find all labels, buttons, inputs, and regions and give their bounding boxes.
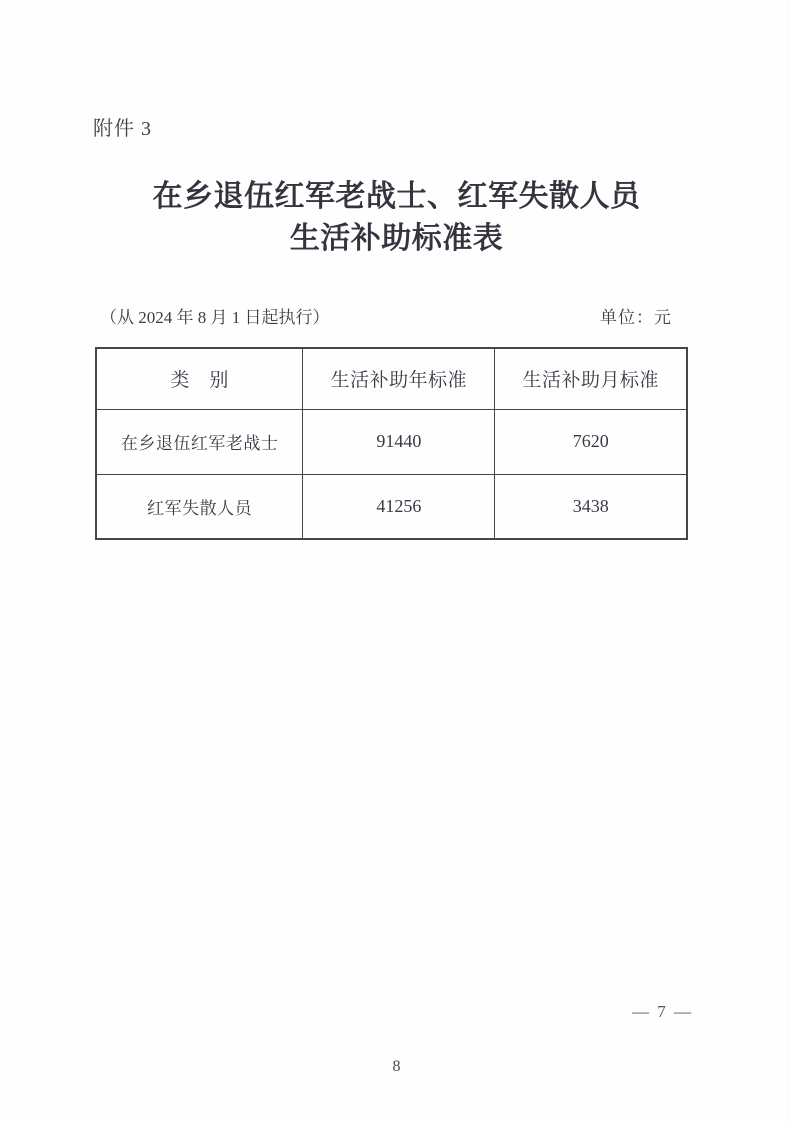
document-title-line1: 在乡退伍红军老战士、红军失散人员 — [0, 176, 793, 218]
subsidy-standard-table: 类 别 生活补助年标准 生活补助月标准 在乡退伍红军老战士 91440 7620… — [95, 347, 688, 540]
table-row: 在乡退伍红军老战士 91440 7620 — [96, 409, 687, 474]
cell-annual-standard: 41256 — [303, 474, 495, 539]
cell-category: 红军失散人员 — [96, 474, 303, 539]
meta-row: （从 2024 年 8 月 1 日起执行） 单位：元 — [100, 303, 672, 328]
scanned-document-page: 附件 3 在乡退伍红军老战士、红军失散人员 生活补助标准表 （从 2024 年 … — [0, 0, 793, 1122]
cell-monthly-standard: 7620 — [495, 409, 687, 474]
column-header-category: 类 别 — [96, 348, 303, 409]
cell-monthly-standard: 3438 — [495, 474, 687, 539]
cell-category: 在乡退伍红军老战士 — [96, 409, 303, 474]
cell-annual-standard: 91440 — [303, 409, 495, 474]
table-header-row: 类 别 生活补助年标准 生活补助月标准 — [96, 348, 687, 409]
document-title: 在乡退伍红军老战士、红军失散人员 生活补助标准表 — [0, 176, 793, 260]
column-header-monthly-standard: 生活补助月标准 — [495, 348, 687, 409]
footer-page-number: — 7 — — [632, 1002, 693, 1022]
unit-label: 单位：元 — [600, 303, 672, 328]
column-header-annual-standard: 生活补助年标准 — [303, 348, 495, 409]
effective-date-note: （从 2024 年 8 月 1 日起执行） — [100, 303, 330, 328]
attachment-label: 附件 3 — [93, 112, 152, 141]
bottom-page-number: 8 — [0, 1058, 793, 1076]
document-title-line2: 生活补助标准表 — [0, 218, 793, 260]
table-row: 红军失散人员 41256 3438 — [96, 474, 687, 539]
